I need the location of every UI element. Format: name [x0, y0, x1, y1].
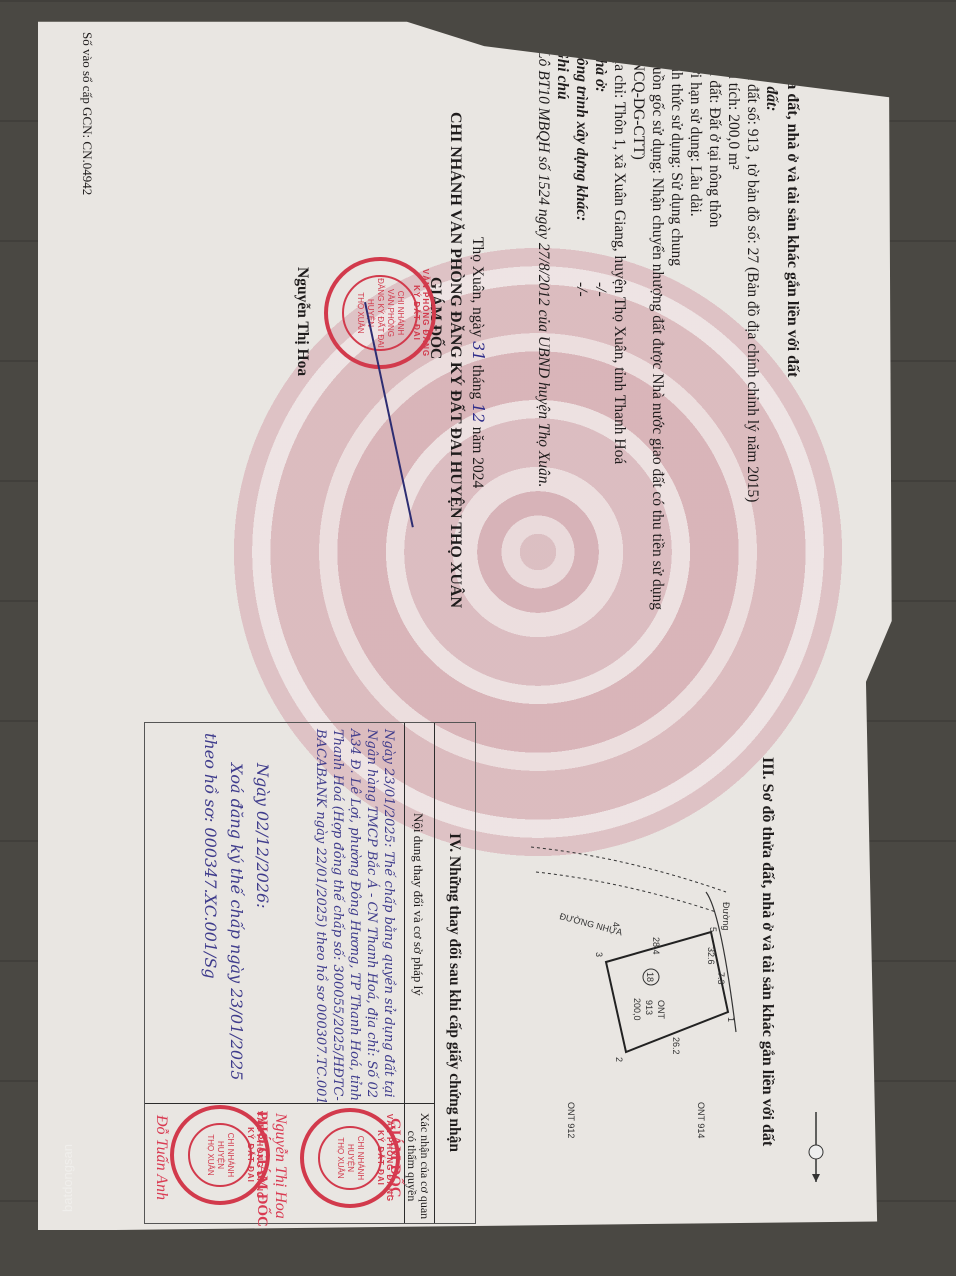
land-type-line-c: c) Loại đất: Đất ở tại nông thôn: [706, 32, 723, 227]
house-heading: 2. Nhà ở:: [592, 32, 609, 92]
watermark: batdongsan: [60, 1144, 75, 1212]
issue-date: Thọ Xuân, ngày 31 tháng 12 năm 2024: [469, 237, 486, 488]
confirm-signer-1: Nguyễn Thị Hoa: [272, 1113, 289, 1219]
entry-line: Xoá đăng ký thế chấp ngày 23/01/2025: [223, 763, 249, 1080]
stamp-inner: CHI NHÁNH VĂN PHÒNG ĐĂNG KÝ ĐẤT ĐAI HUYỆ…: [342, 275, 418, 351]
entry-line: theo hồ sơ: 000347.XC.001/Sg: [197, 733, 223, 1050]
parcel-number: 913: [644, 1000, 654, 1015]
issuing-organization: CHI NHÁNH VĂN PHÒNG ĐĂNG KÝ ĐẤT ĐAI HUYỆ…: [447, 112, 464, 608]
stamp-inner: CHI NHÁNH HUYỆN THỌ XUÂN: [188, 1123, 252, 1187]
official-stamp: VĂN PHÒNG ĐĂNG KÝ ĐẤT ĐAI CHI NHÁNH VĂN …: [324, 257, 436, 369]
origin-line-e-cont: đất (NCQ-DG-CTT): [630, 32, 647, 160]
vertex-2: 2: [614, 1057, 624, 1062]
edge-3: 26.2: [671, 1037, 681, 1055]
rotated-content: II. Thửa đất, nhà ở và tài sản khác gắn …: [38, 12, 896, 1230]
certificate-page: II. Thửa đất, nhà ở và tài sản khác gắn …: [38, 12, 896, 1230]
date-day: 31: [469, 341, 487, 361]
stamp-line: THỌ XUÂN: [205, 1134, 215, 1175]
vertex-4: 4: [611, 922, 621, 927]
vertex-5: 5: [708, 927, 718, 932]
vertex-1: 1: [726, 1017, 736, 1022]
confirm-role-2: PHÓ GIÁM ĐỐC: [253, 1111, 270, 1227]
other-construction-value: -/-: [573, 282, 590, 297]
edge-2: 32.6: [706, 947, 716, 965]
confirm-stamp-1: VĂN PHÒNG ĐĂNG KÝ ĐẤT ĐAI CHI NHÁNH HUYỆ…: [300, 1108, 400, 1208]
section-iv-title: IV. Những thay đổi sau khi cấp giấy chứn…: [446, 833, 463, 1152]
other-construction-heading: 3. Công trình xây dựng khác:: [573, 32, 590, 221]
address-line-g: g) Địa chỉ: Thôn 1, xã Xuân Giang, huyện…: [611, 32, 628, 464]
parcel-line-a: a) Thửa đất số: 913 , tờ bản đồ số: 27 (…: [744, 32, 761, 502]
parcel-area: 200,0: [632, 998, 642, 1021]
house-value: -/-: [592, 282, 609, 297]
entry-line: A34 Đ. Lê Lợi, phường Đông Hương, TP Tha…: [346, 729, 363, 1105]
change-entry-1: Ngày 23/01/2025: Thế chấp bằng quyền sử …: [312, 729, 397, 1105]
entry-line: Ngày 02/12/2026:: [249, 763, 275, 1080]
date-month-label: tháng: [469, 365, 486, 399]
land-heading: 1. Thửa đất:: [763, 32, 780, 111]
edge-4: 28.4: [651, 937, 661, 955]
stamp-inner: CHI NHÁNH HUYỆN THỌ XUÂN: [318, 1126, 382, 1190]
neighbor-south: ONT 914: [696, 1102, 706, 1138]
stamp-line: CHI NHÁNH: [395, 291, 405, 335]
stamp-line: HUYỆN: [215, 1141, 225, 1169]
column-confirm-header: Xác nhận của cơ quan có thẩm quyền: [405, 1111, 431, 1221]
area-line-b: b) Diện tích: 200,0 m²: [725, 32, 742, 170]
edge-1: 7.3: [716, 972, 726, 985]
parcel-map: [526, 772, 746, 1192]
column-content-header: Nội dung thay đổi và cơ sở pháp lý: [410, 813, 427, 996]
date-year: năm 2024: [469, 427, 486, 489]
entry-line: Thanh Hoá (Hợp đồng thế chấp số: 300055/…: [329, 729, 346, 1105]
stamp-line: VĂN PHÒNG: [385, 289, 395, 337]
north-arrow-icon: [806, 1112, 826, 1182]
entry-line: Ngày 23/01/2025: Thế chấp bằng quyền sử …: [380, 729, 397, 1105]
notes-text: Lô BT10 MBQH số 1524 ngày 27/8/2012 của …: [535, 50, 552, 487]
small-road-label: Đường: [721, 902, 731, 930]
changes-table: IV. Những thay đổi sau khi cấp giấy chứn…: [144, 722, 476, 1224]
registry-number: Số vào sổ cấp GCN: CN.04942: [79, 32, 96, 195]
stamp-line: CHI NHÁNH: [225, 1133, 235, 1177]
parcel-circle-number: 18: [645, 972, 655, 982]
stamp-line: HUYỆN: [345, 1144, 355, 1172]
section-ii-title: II. Thửa đất, nhà ở và tài sản khác gắn …: [784, 32, 801, 377]
signer-name: Nguyễn Thị Hoa: [294, 267, 311, 376]
date-prefix: Thọ Xuân, ngày: [469, 237, 486, 337]
section-iii-title: III. Sơ đồ thửa đất, nhà ở và tài sản kh…: [759, 757, 776, 1146]
stamp-line: ĐĂNG KÝ ĐẤT ĐAI: [375, 278, 385, 348]
confirm-role-1: GIÁM ĐỐC: [386, 1118, 403, 1198]
stamp-line: THỌ XUÂN: [335, 1137, 345, 1178]
parcel-sketch: ONT 913 200,0 18 ONT 912 ONT 914 ĐƯỜNG N…: [526, 772, 746, 1192]
change-entry-2: Ngày 02/12/2026: Xoá đăng ký thế chấp ng…: [197, 763, 275, 1080]
entry-line: Ngân hàng TMCP Bắc Á - CN Thanh Hoá, địa…: [363, 729, 380, 1105]
parcel-label: ONT: [656, 1000, 666, 1019]
entry-line: BACABANK ngày 22/01/2025) theo hồ sơ 000…: [312, 729, 329, 1105]
confirm-signer-2: Đỗ Tuấn Anh: [153, 1115, 170, 1200]
stamp-line: THỌ XUÂN: [355, 292, 365, 333]
term-line-d: d) Thời hạn sử dụng: Lâu dài.: [687, 32, 704, 217]
neighbor-north: ONT 912: [566, 1102, 576, 1138]
origin-line-e: e) Nguồn gốc sử dụng: Nhận chuyển nhượng…: [649, 32, 666, 610]
stamp-line: CHI NHÁNH: [355, 1136, 365, 1180]
vertex-3: 3: [594, 952, 604, 957]
date-month: 12: [469, 403, 487, 423]
usage-form-line: đ) Hình thức sử dụng: Sử dụng chung: [668, 32, 685, 266]
notes-heading: 4. Ghi chú: [554, 32, 571, 100]
